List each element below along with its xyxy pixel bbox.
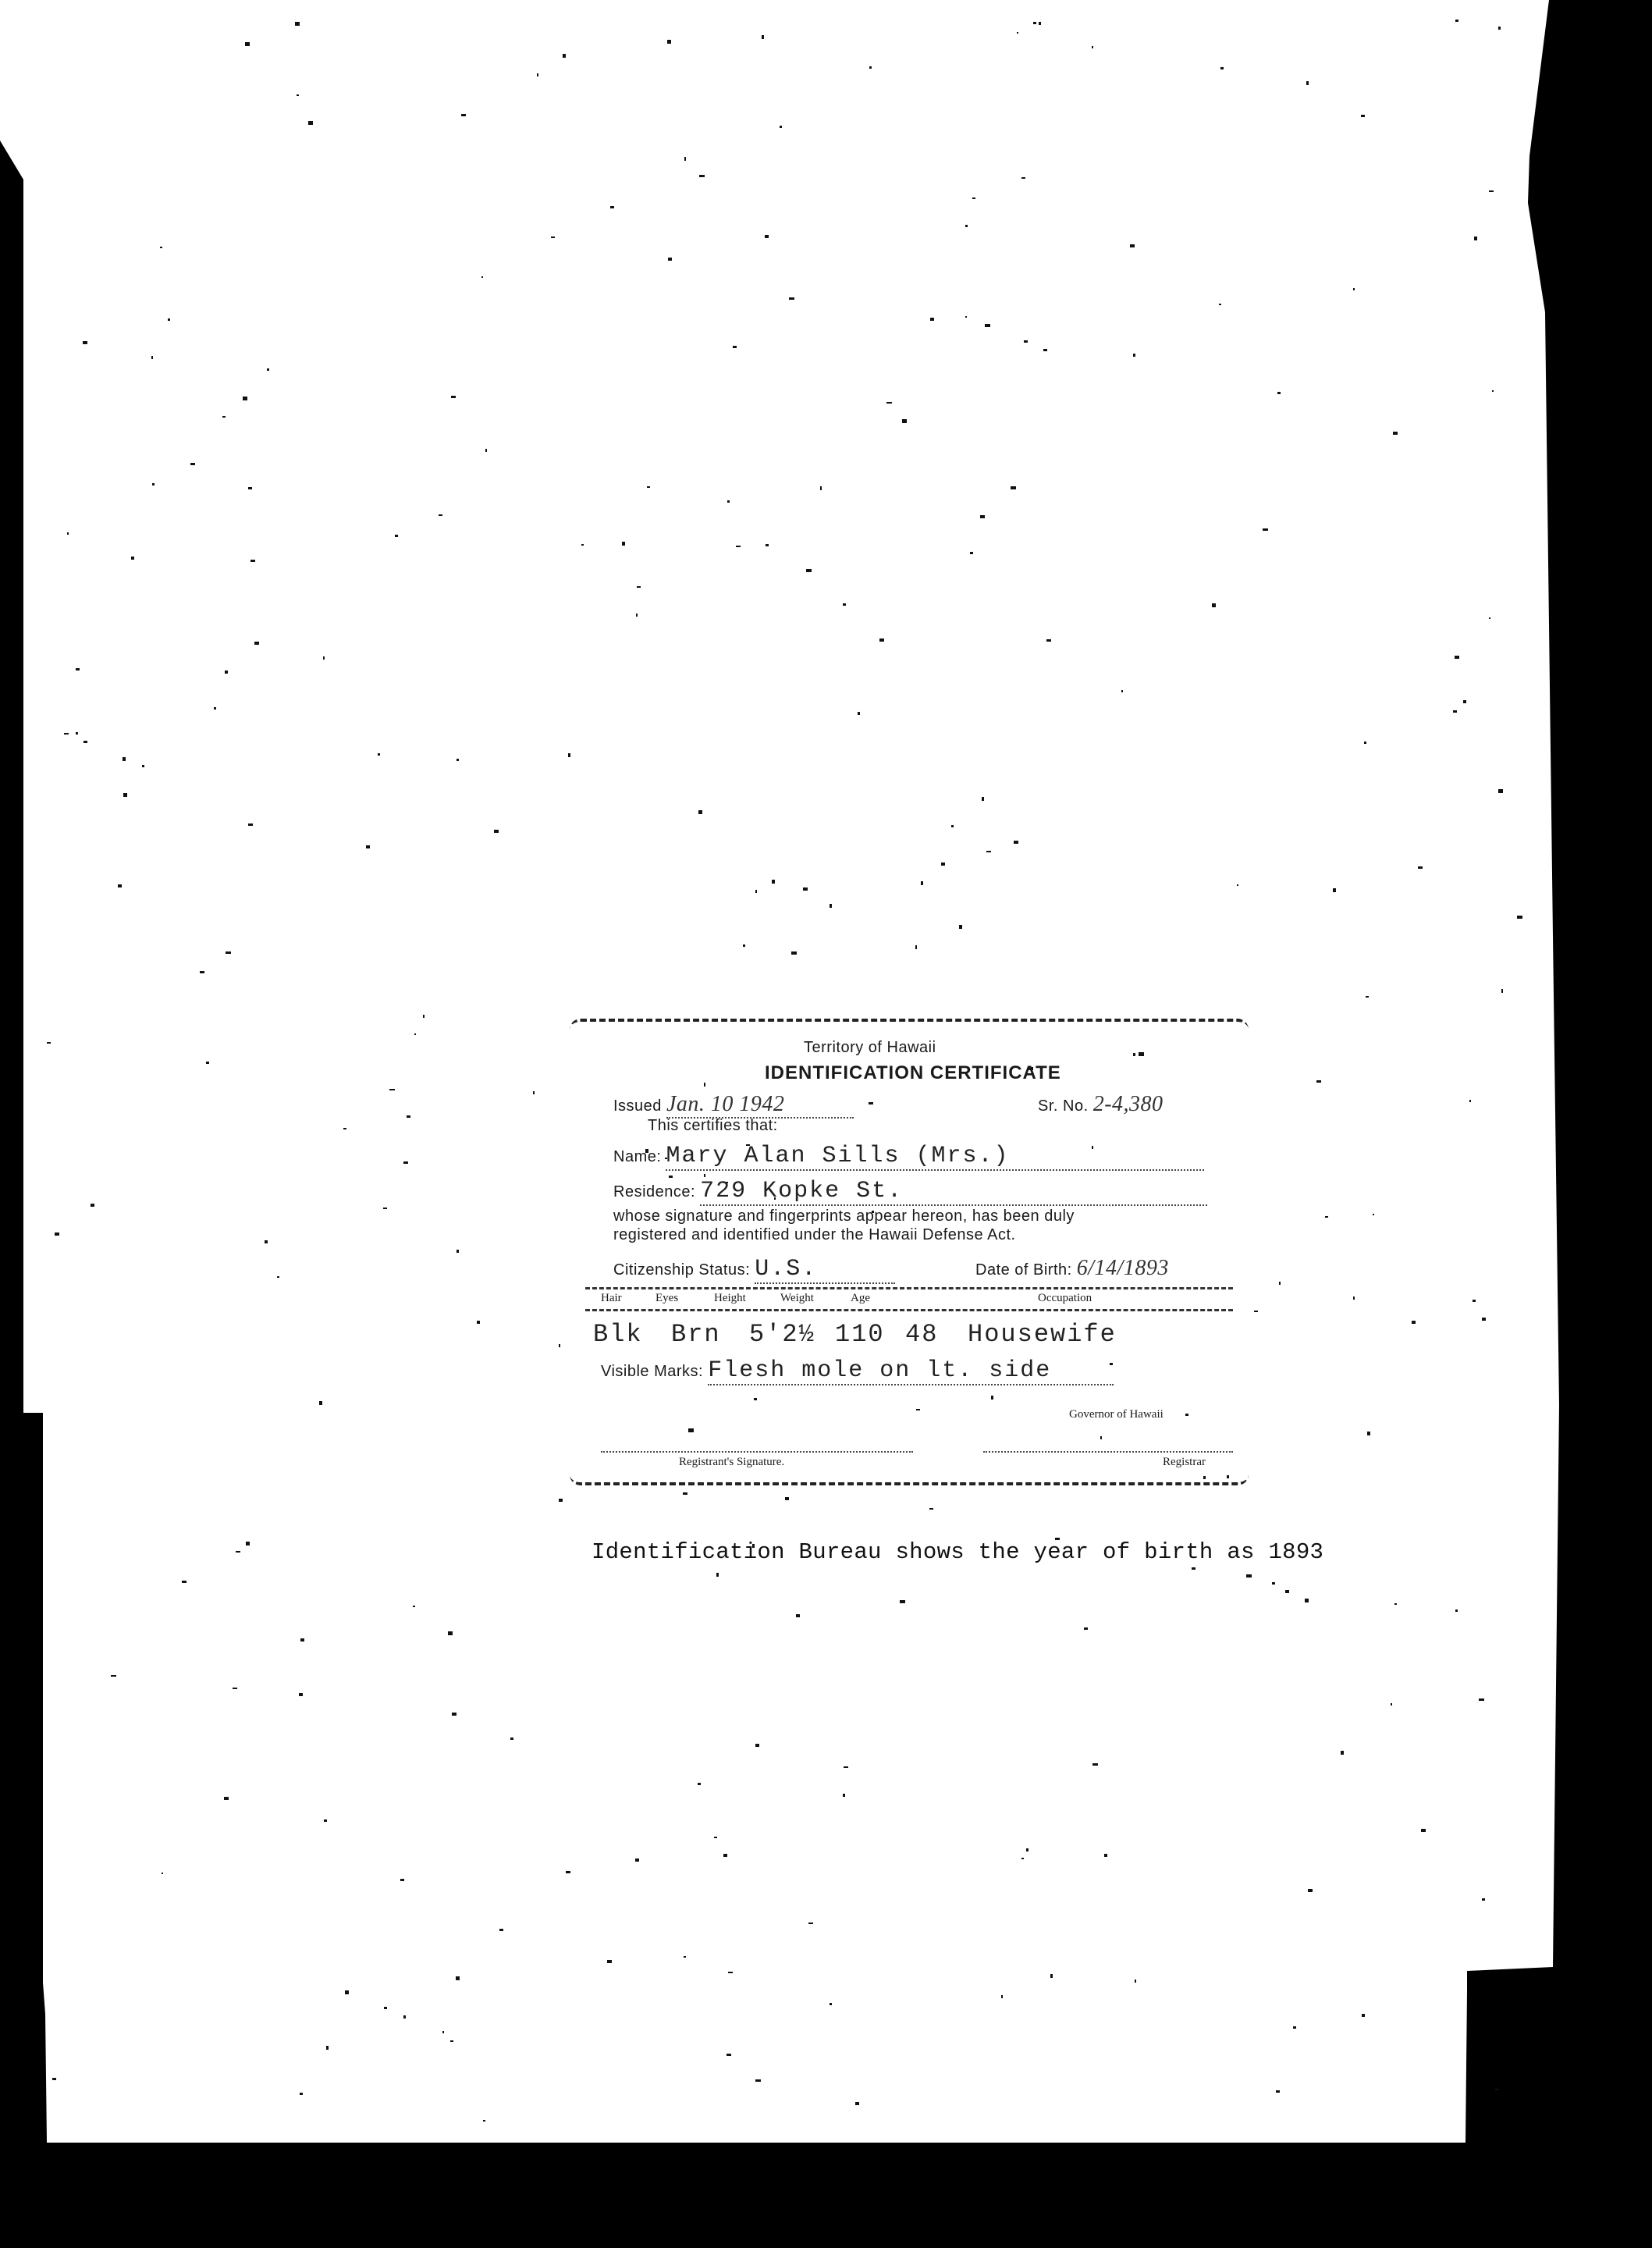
descriptor-value-hair: Blk [593,1320,643,1349]
citizenship-label: Citizenship Status: [613,1261,750,1279]
citizenship-field: Citizenship Status: U.S. [613,1256,895,1284]
descriptor-value-age: 48 [905,1320,938,1349]
descriptor-header-age: Age [851,1292,870,1305]
name-value: Mary Alan Sills (Mrs.) [666,1143,1204,1171]
governor-label: Governor of Hawaii [1069,1408,1164,1421]
caption-note: Identification Bureau shows the year of … [592,1539,1323,1565]
descriptor-header-height: Height [714,1292,746,1305]
certifies-text: This certifies that: [648,1117,778,1135]
serial-value: 2-4,380 [1093,1092,1164,1116]
serial-field: Sr. No. 2-4,380 [1038,1092,1164,1117]
statement-line-2: registered and identified under the Hawa… [613,1226,1016,1244]
descriptor-value-height: 5'2½ [749,1320,815,1349]
residence-label: Residence: [613,1183,695,1200]
dob-field: Date of Birth: 6/14/1893 [975,1256,1169,1281]
descriptor-header-eyes: Eyes [655,1292,678,1305]
descriptor-header-occupation: Occupation [1038,1292,1092,1305]
residence-value: 729 Kopke St. [700,1178,1207,1206]
identification-certificate: Territory of Hawaii IDENTIFICATION CERTI… [570,1019,1249,1485]
residence-field: Residence: 729 Kopke St. [613,1178,1207,1206]
name-field: Name: Mary Alan Sills (Mrs.) [613,1143,1204,1171]
descriptor-value-eyes: Brn [671,1320,721,1349]
table-top-rule [585,1287,1233,1289]
descriptor-header-weight: Weight [780,1292,814,1305]
registrant-signature-label: Registrant's Signature. [679,1456,784,1469]
descriptor-value-weight: 110 [835,1320,885,1349]
table-bottom-rule [585,1309,1233,1311]
issued-label: Issued [613,1097,662,1115]
cert-title: IDENTIFICATION CERTIFICATE [765,1062,1061,1084]
dob-label: Date of Birth: [975,1261,1072,1279]
marks-value: Flesh mole on lt. side [708,1357,1114,1385]
registrar-signature-line [983,1435,1233,1453]
marks-label: Visible Marks: [601,1363,703,1380]
issued-value: Jan. 10 1942 [666,1092,854,1119]
descriptor-value-occupation: Housewife [968,1320,1117,1349]
registrar-label: Registrar [1163,1456,1206,1469]
dob-value: 6/14/1893 [1077,1256,1169,1280]
registrant-signature-line [601,1435,913,1453]
cert-authority: Territory of Hawaii [804,1039,936,1057]
marks-field: Visible Marks: Flesh mole on lt. side [601,1357,1114,1385]
serial-label: Sr. No. [1038,1097,1089,1115]
citizenship-value: U.S. [755,1256,895,1284]
issued-field: Issued Jan. 10 1942 [613,1092,854,1119]
statement-line-1: whose signature and fingerprints appear … [613,1208,1075,1225]
descriptor-header-hair: Hair [601,1292,622,1305]
name-label: Name: [613,1148,661,1165]
